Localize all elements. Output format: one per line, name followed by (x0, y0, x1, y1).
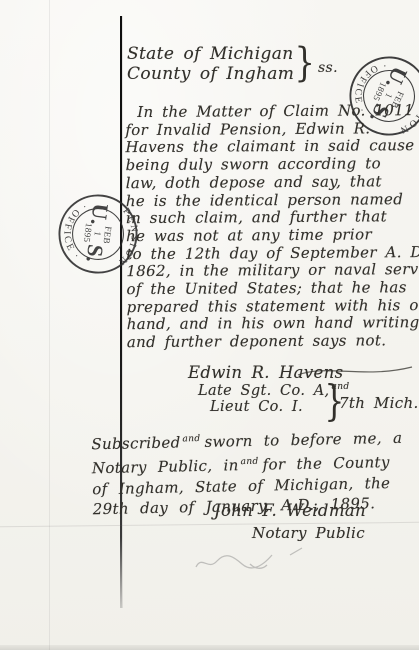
notary-signature: John F. Weidman (214, 501, 366, 520)
ss-brace: } (295, 40, 315, 86)
inserted-word: and (241, 457, 259, 467)
stamp-date-year: 1895 (371, 81, 388, 103)
scanned-affidavit-page: State of Michigan County of Ingham } ss.… (0, 0, 419, 650)
notary-text: for the County (262, 453, 389, 474)
handwritten-line: and further deponent says not. (127, 332, 419, 352)
ss-label: ss. (318, 60, 338, 76)
rank-text: Late Sgt. Co. A, (198, 383, 330, 399)
page-bottom-edge (0, 645, 419, 650)
signature-flourish (296, 362, 416, 380)
notary-text: Subscribed (91, 433, 181, 453)
stamp-date-year: 1895 (82, 222, 94, 243)
claimant-rank-line-2: Lieut Co. I. (210, 399, 303, 415)
affidavit-body: In the Matter of Claim No. 1011 for Inva… (125, 102, 419, 352)
handwritten-line: In the Matter of Claim No. 1011 (125, 102, 419, 122)
inserted-word: and (182, 434, 200, 444)
state-line: State of Michigan (127, 44, 294, 64)
regiment-label: 7th Mich. Cav (339, 394, 419, 412)
handwritten-line: in such claim, and further that (126, 208, 419, 228)
notary-text: sworn to before me, a (204, 429, 402, 451)
county-line: County of Ingham (127, 64, 294, 84)
crease-vertical-faint (49, 0, 50, 650)
stamp-us-s: S. (81, 243, 108, 264)
notary-title: Notary Public (252, 524, 365, 542)
pencil-scribble (190, 545, 320, 579)
jurisdiction-header: State of Michigan County of Ingham (127, 44, 294, 84)
stamp-date-day: 1 (92, 231, 103, 237)
notary-text: Notary Public, in (92, 456, 239, 477)
